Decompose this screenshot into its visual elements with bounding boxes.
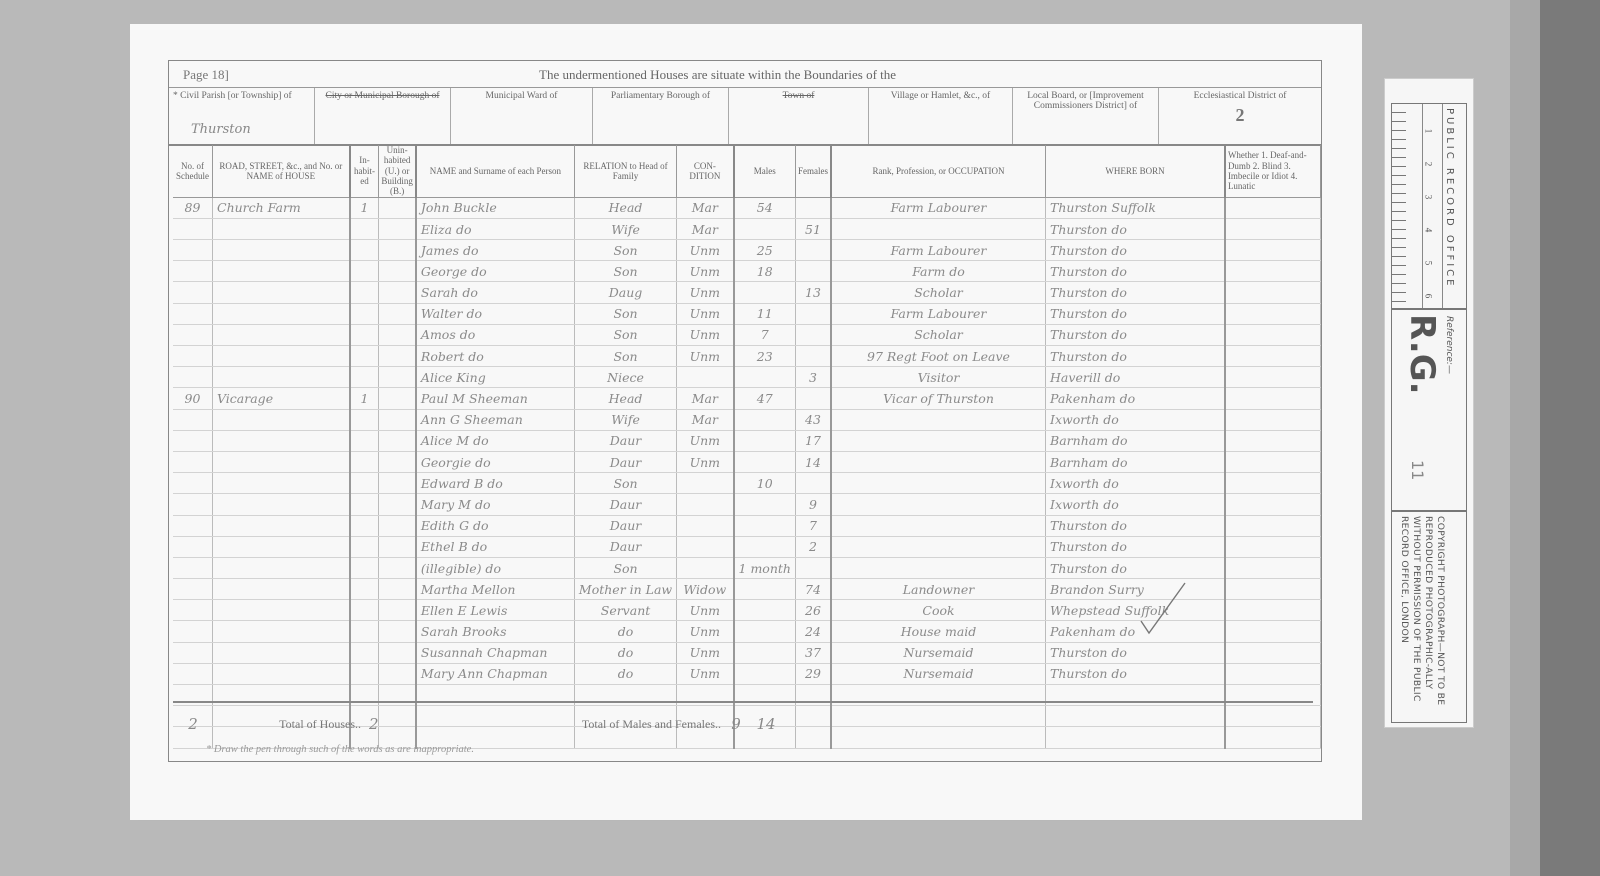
cell-uninhabited [379,600,416,621]
cell-female-age: 9 [795,494,831,515]
cell-male-age [734,367,796,388]
cell-occupation [831,451,1046,472]
cell-male-age [734,409,796,430]
totals-row: 2 Total of Houses.. 2 Total of Males and… [173,701,1313,745]
cell-schedule [173,367,213,388]
cell-condition: Unm [677,663,734,684]
cell-male-age: 10 [734,473,796,494]
cell-inhabited [350,409,379,430]
area-label: Parliamentary Borough of [611,91,710,101]
cell-name: (illegible) do [416,557,574,578]
cell-female-age: 74 [795,579,831,600]
cell-relation: Head [574,388,676,409]
cell-name: John Buckle [416,197,574,218]
cell-schedule [173,261,213,282]
ruler-number: 6 [1423,294,1433,299]
cell-uninhabited [379,663,416,684]
cell-name: Walter do [416,303,574,324]
reference-code: R.G. [1402,314,1442,395]
cell-house [213,346,350,367]
area-label: Ecclesiastical District of [1194,91,1287,101]
cell-house [213,473,350,494]
cell-male-age: 25 [734,240,796,261]
cell-condition: Unm [677,303,734,324]
cell-uninhabited [379,494,416,515]
cell-schedule [173,240,213,261]
area-label: * Civil Parish [or Township] of [173,91,292,101]
cell-uninhabited [379,197,416,218]
col-females: Females [795,145,831,197]
cell-house [213,642,350,663]
cell-name: Martha Mellon [416,579,574,600]
table-row: Georgie doDaurUnm14Barnham do [173,451,1321,472]
cell-where-born: Pakenham do [1046,388,1225,409]
cell-uninhabited [379,430,416,451]
cell-uninhabited [379,621,416,642]
ruler-number: 3 [1423,195,1433,200]
area-city-borough: City or Municipal Borough of [315,88,451,144]
cell-name: Alice M do [416,430,574,451]
cell-where-born: Ixworth do [1046,409,1225,430]
cell-relation: Head [574,197,676,218]
cell-relation: Mother in Law [574,579,676,600]
cell-female-age: 24 [795,621,831,642]
cell-house [213,409,350,430]
cell-infirmity [1225,261,1321,282]
checkmark-icon [1139,581,1189,637]
cell-infirmity [1225,663,1321,684]
cell-inhabited: 1 [350,197,379,218]
cell-where-born: Whepstead Suffolk [1046,600,1225,621]
area-label: Municipal Ward of [486,91,558,101]
cell-occupation [831,430,1046,451]
col-males: Males [734,145,796,197]
table-body: 89Church Farm1John BuckleHeadMar54Farm L… [173,197,1321,748]
cell-male-age [734,621,796,642]
cell-female-age: 17 [795,430,831,451]
footnote: * Draw the pen through such of the words… [206,744,474,755]
cell-house [213,494,350,515]
cell-name: Georgie do [416,451,574,472]
table-row: Mary M doDaur9Ixworth do [173,494,1321,515]
cell-condition [677,515,734,536]
cell-name: Mary M do [416,494,574,515]
cell-male-age [734,642,796,663]
table-row: Eliza doWifeMar51Thurston do [173,218,1321,239]
cell-uninhabited [379,642,416,663]
cell-inhabited [350,261,379,282]
cell-house [213,663,350,684]
cell-condition: Mar [677,218,734,239]
cell-occupation: Nursemaid [831,663,1046,684]
cell-condition: Unm [677,451,734,472]
cell-condition: Unm [677,621,734,642]
cell-relation: Son [574,473,676,494]
cell-name: Ann G Sheeman [416,409,574,430]
area-village: Village or Hamlet, &c., of [869,88,1013,144]
cell-uninhabited [379,346,416,367]
copyright-notice: COPYRIGHT PHOTOGRAPH—NOT TO BE REPRODUCE… [1398,516,1446,722]
cell-uninhabited [379,261,416,282]
cell-male-age: 1 month [734,557,796,578]
cell-inhabited [350,218,379,239]
cell-inhabited [350,494,379,515]
cell-male-age [734,663,796,684]
cell-relation: Son [574,303,676,324]
cell-female-age [795,303,831,324]
table-row: 90Vicarage1Paul M SheemanHeadMar47Vicar … [173,388,1321,409]
cell-occupation: Farm Labourer [831,197,1046,218]
cell-name: Sarah do [416,282,574,303]
ruler-number: 5 [1423,261,1433,266]
cell-female-age [795,557,831,578]
cell-where-born: Thurston do [1046,536,1225,557]
area-label: City or Municipal Borough of [326,91,440,101]
area-ecclesiastical: Ecclesiastical District of 2 [1159,88,1321,144]
cell-occupation: Farm do [831,261,1046,282]
cell-house [213,240,350,261]
cell-condition: Unm [677,600,734,621]
cell-male-age [734,579,796,600]
cell-house [213,324,350,345]
area-label: Village or Hamlet, &c., of [891,91,990,101]
background-strip [1510,0,1540,876]
col-where-born: WHERE BORN [1046,145,1225,197]
cell-infirmity [1225,346,1321,367]
reference-box: R.G. Reference:— 11 [1391,309,1467,511]
cell-schedule [173,324,213,345]
cell-female-age: 13 [795,282,831,303]
cell-where-born: Thurston do [1046,642,1225,663]
cell-occupation: Farm Labourer [831,240,1046,261]
archive-reference-tab: 123456 PUBLIC RECORD OFFICE R.G. Referen… [1384,78,1474,728]
cell-house [213,218,350,239]
column-header-row: No. of Schedule ROAD, STREET, &c., and N… [173,145,1321,197]
cell-occupation: Vicar of Thurston [831,388,1046,409]
cell-male-age: 54 [734,197,796,218]
cell-inhabited [350,621,379,642]
ruler-number: 1 [1423,129,1433,134]
cell-infirmity [1225,642,1321,663]
col-condition: CON-DITION [677,145,734,197]
total-persons-label: Total of Males and Females.. [427,717,721,732]
area-civil-parish: * Civil Parish [or Township] of Thurston [169,88,315,144]
cell-name: Alice King [416,367,574,388]
table-row: Amos doSonUnm7ScholarThurston do [173,324,1321,345]
cell-schedule [173,663,213,684]
cell-where-born: Brandon Surry [1046,579,1225,600]
cell-inhabited [350,451,379,472]
cell-inhabited [350,240,379,261]
cell-schedule [173,642,213,663]
cell-male-age: 7 [734,324,796,345]
census-form: Page 18] The undermentioned Houses are s… [168,60,1322,762]
col-occupation: Rank, Profession, or OCCUPATION [831,145,1046,197]
cell-uninhabited [379,240,416,261]
cell-inhabited [350,663,379,684]
cell-female-age: 3 [795,367,831,388]
cell-schedule [173,600,213,621]
cell-relation: Son [574,346,676,367]
cell-infirmity [1225,303,1321,324]
cell-relation: Daur [574,451,676,472]
cell-inhabited [350,473,379,494]
area-label: Town of [783,91,815,101]
cell-schedule [173,409,213,430]
cell-uninhabited [379,324,416,345]
cell-relation: Son [574,240,676,261]
cell-relation: Daur [574,494,676,515]
cell-name: Eliza do [416,218,574,239]
cell-occupation [831,218,1046,239]
cell-condition [677,367,734,388]
cell-female-age [795,261,831,282]
cell-schedule [173,303,213,324]
cell-relation: Daur [574,430,676,451]
cell-male-age: 18 [734,261,796,282]
cell-condition: Unm [677,642,734,663]
cell-house [213,261,350,282]
cell-inhabited: 1 [350,388,379,409]
cell-schedule [173,515,213,536]
cell-occupation: Landowner [831,579,1046,600]
cell-male-age: 23 [734,346,796,367]
col-uninhabited: Unin-habited (U.) or Building (B.) [379,145,416,197]
cell-schedule [173,621,213,642]
cell-schedule [173,579,213,600]
cell-condition: Unm [677,240,734,261]
col-name: NAME and Surname of each Person [416,145,574,197]
total-inhabited: 2 [361,715,427,733]
cell-infirmity [1225,367,1321,388]
cell-schedule [173,282,213,303]
cell-schedule [173,557,213,578]
cell-condition: Widow [677,579,734,600]
cell-schedule [173,346,213,367]
cell-uninhabited [379,218,416,239]
ruler-number: 2 [1423,162,1433,167]
cell-name: George do [416,261,574,282]
cell-infirmity [1225,197,1321,218]
cell-house: Vicarage [213,388,350,409]
cell-occupation: Farm Labourer [831,303,1046,324]
cell-male-age [734,536,796,557]
cell-inhabited [350,557,379,578]
cell-house [213,430,350,451]
piece-number: 11 [1408,460,1427,480]
cell-relation: Niece [574,367,676,388]
cell-schedule [173,451,213,472]
total-houses-label: Total of Houses.. [213,717,361,732]
ruler-ticks [1392,104,1423,308]
cell-occupation [831,536,1046,557]
cell-male-age [734,282,796,303]
cell-name: Paul M Sheeman [416,388,574,409]
cell-name: Edith G do [416,515,574,536]
cell-infirmity [1225,388,1321,409]
cell-infirmity [1225,282,1321,303]
cell-uninhabited [379,409,416,430]
census-table: No. of Schedule ROAD, STREET, &c., and N… [173,145,1321,749]
ruler-number: 4 [1423,228,1433,233]
cell-condition [677,536,734,557]
reference-label: Reference:— [1444,316,1454,374]
cell-relation: Wife [574,218,676,239]
cell-where-born: Thurston do [1046,515,1225,536]
cell-uninhabited [379,451,416,472]
area-label: Local Board, or [Improvement Commissione… [1027,91,1144,111]
cell-occupation [831,473,1046,494]
cell-inhabited [350,303,379,324]
cell-schedule [173,494,213,515]
cell-uninhabited [379,515,416,536]
cell-inhabited [350,515,379,536]
cell-condition: Unm [677,430,734,451]
cell-female-age [795,240,831,261]
cell-condition: Unm [677,261,734,282]
cell-name: Amos do [416,324,574,345]
area-town: Town of [729,88,869,144]
cell-uninhabited [379,367,416,388]
table-row: Edward B doSon10Ixworth do [173,473,1321,494]
cell-name: Ethel B do [416,536,574,557]
table-row: Mary Ann ChapmandoUnm29NursemaidThurston… [173,663,1321,684]
table-row: Sarah doDaugUnm13ScholarThurston do [173,282,1321,303]
cell-house [213,557,350,578]
cell-uninhabited [379,536,416,557]
cell-relation: Servant [574,600,676,621]
cell-infirmity [1225,494,1321,515]
cell-infirmity [1225,621,1321,642]
table-row: Alice KingNiece3VisitorHaverill do [173,367,1321,388]
cell-inhabited [350,430,379,451]
cell-house [213,579,350,600]
cell-uninhabited [379,579,416,600]
cell-female-age: 37 [795,642,831,663]
cell-name: Sarah Brooks [416,621,574,642]
cell-relation: Wife [574,409,676,430]
cell-occupation [831,494,1046,515]
cell-schedule: 90 [173,388,213,409]
table-row: Ann G SheemanWifeMar43Ixworth do [173,409,1321,430]
area-parliamentary: Parliamentary Borough of [593,88,729,144]
area-local-board: Local Board, or [Improvement Commissione… [1013,88,1159,144]
cell-name: Robert do [416,346,574,367]
cell-where-born: Thurston do [1046,282,1225,303]
cell-relation: Son [574,557,676,578]
cell-uninhabited [379,473,416,494]
cell-female-age [795,473,831,494]
cell-where-born: Haverill do [1046,367,1225,388]
cell-occupation: Visitor [831,367,1046,388]
form-header: Page 18] The undermentioned Houses are s… [169,61,1321,88]
table-row: James doSonUnm25Farm LabourerThurston do [173,240,1321,261]
table-row: George doSonUnm18Farm doThurston do [173,261,1321,282]
cell-male-age [734,430,796,451]
cell-schedule [173,536,213,557]
cell-inhabited [350,536,379,557]
page-number: Page 18] [183,67,229,83]
cell-where-born: Ixworth do [1046,473,1225,494]
cell-female-age: 51 [795,218,831,239]
total-houses-count: 2 [173,715,213,733]
cell-relation: Daur [574,515,676,536]
cell-inhabited [350,579,379,600]
col-road: ROAD, STREET, &c., and No. or NAME of HO… [213,145,350,197]
census-page: Page 18] The undermentioned Houses are s… [130,24,1362,820]
table-row: Robert doSonUnm2397 Regt Foot on LeaveTh… [173,346,1321,367]
cell-condition: Mar [677,409,734,430]
cell-where-born: Thurston do [1046,261,1225,282]
cell-house [213,621,350,642]
cell-relation: Daug [574,282,676,303]
cell-house [213,600,350,621]
cell-infirmity [1225,579,1321,600]
cell-house: Church Farm [213,197,350,218]
cell-uninhabited [379,303,416,324]
cell-female-age: 29 [795,663,831,684]
cell-where-born: Pakenham do [1046,621,1225,642]
table-row: Edith G doDaur7Thurston do [173,515,1321,536]
cell-schedule [173,473,213,494]
area-ward: Municipal Ward of [451,88,593,144]
cell-inhabited [350,367,379,388]
cell-condition: Mar [677,197,734,218]
office-label: PUBLIC RECORD OFFICE [1444,108,1455,288]
cell-relation: do [574,642,676,663]
cell-uninhabited [379,282,416,303]
cell-inhabited [350,324,379,345]
cell-house [213,536,350,557]
area-value: Thurston [191,122,251,137]
cell-where-born: Thurston Suffolk [1046,197,1225,218]
cell-infirmity [1225,430,1321,451]
cell-relation: Daur [574,536,676,557]
col-inhabited: In-habit-ed [350,145,379,197]
cell-female-age [795,324,831,345]
cell-house [213,367,350,388]
cell-infirmity [1225,557,1321,578]
total-males: 9 [721,715,751,733]
cell-inhabited [350,346,379,367]
cell-female-age [795,197,831,218]
cell-male-age: 11 [734,303,796,324]
cell-female-age: 2 [795,536,831,557]
col-infirmity: Whether 1. Deaf-and-Dumb 2. Blind 3. Imb… [1225,145,1321,197]
cell-uninhabited [379,388,416,409]
cell-name: James do [416,240,574,261]
cell-infirmity [1225,451,1321,472]
cell-infirmity [1225,473,1321,494]
cell-infirmity [1225,324,1321,345]
cell-male-age [734,494,796,515]
cell-infirmity [1225,240,1321,261]
table-row: Susannah ChapmandoUnm37NursemaidThurston… [173,642,1321,663]
cell-condition: Unm [677,346,734,367]
cell-occupation: Scholar [831,324,1046,345]
table-row: (illegible) doSon1 monthThurston do [173,557,1321,578]
cell-where-born: Thurston do [1046,557,1225,578]
cell-relation: do [574,663,676,684]
cell-female-age: 7 [795,515,831,536]
cell-male-age [734,515,796,536]
cell-where-born: Barnham do [1046,451,1225,472]
cell-house [213,515,350,536]
cell-occupation [831,515,1046,536]
cell-female-age: 14 [795,451,831,472]
cell-where-born: Thurston do [1046,663,1225,684]
total-females: 14 [751,715,781,733]
